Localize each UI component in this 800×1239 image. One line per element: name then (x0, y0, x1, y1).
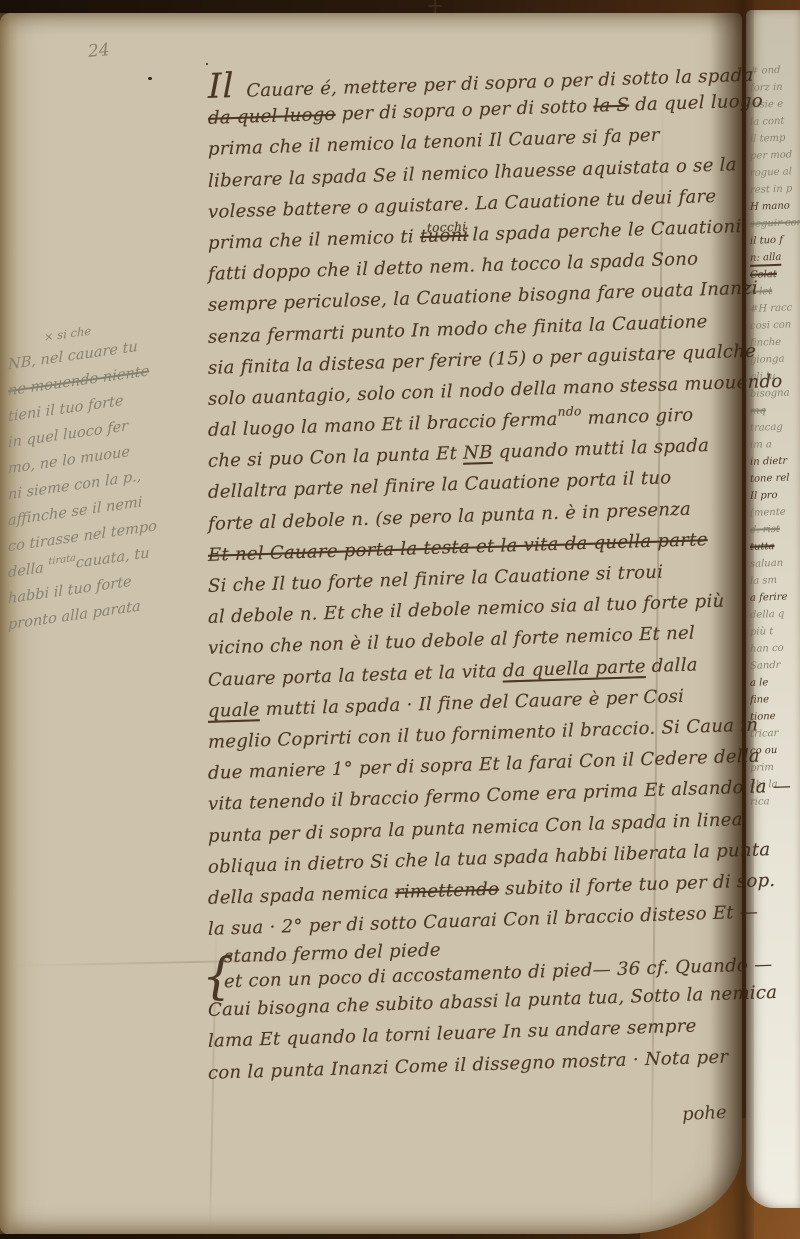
main-text-block: Il Cauare é, mettere per di sopra o per … (208, 54, 770, 1088)
text-segment: della (8, 560, 48, 582)
text-segment: per di sopra o per di sotto (336, 96, 594, 125)
ink-blot (206, 63, 208, 65)
inserted-text: ndo (558, 404, 582, 419)
struck-text: rimettendo (395, 879, 499, 903)
struck-text: da quel luogo (208, 104, 336, 129)
struck-text: la S (593, 95, 629, 117)
inserted-text: tocchi (427, 220, 467, 235)
text-segment: che si puo Con la punta Et (208, 443, 463, 472)
manuscript-photo: # ondforz ininsie ela contil tempper mod… (0, 0, 800, 1239)
text-segment: da quel luogo (629, 91, 763, 116)
text-segment: subito il forte tuo per di sop. (499, 870, 775, 900)
text-segment: cauata, tu (76, 545, 150, 571)
text-segment: prima che il nemico ti (208, 226, 420, 254)
cross-mark: + (426, 0, 444, 19)
text-segment: Il (208, 66, 246, 107)
brace-mark: { (202, 946, 234, 1005)
text-segment: dalla (646, 654, 698, 677)
text-segment: della spada nemica (208, 882, 395, 909)
text-segment: manco giro (582, 405, 694, 430)
ink-blot (148, 77, 152, 80)
text-segment: la spada perche le Cauationi (467, 216, 742, 246)
text-segment: da quella parte (503, 656, 646, 681)
margin-annotation: × si cheNB, nel cauare tune mouendo nien… (8, 305, 210, 638)
text-segment: quando mutti la spada (493, 435, 709, 463)
text-segment: Cauare porta la testa et la vita (208, 660, 503, 690)
text-segment: NB (463, 442, 493, 464)
text-segment: quale (208, 699, 260, 722)
manuscript-page: 24 Il Cauare é, mettere per di sopra o p… (0, 13, 742, 1234)
page-number: 24 (87, 40, 110, 62)
catchword: pohe (681, 1102, 727, 1125)
inserted-text: tirata (48, 553, 76, 568)
